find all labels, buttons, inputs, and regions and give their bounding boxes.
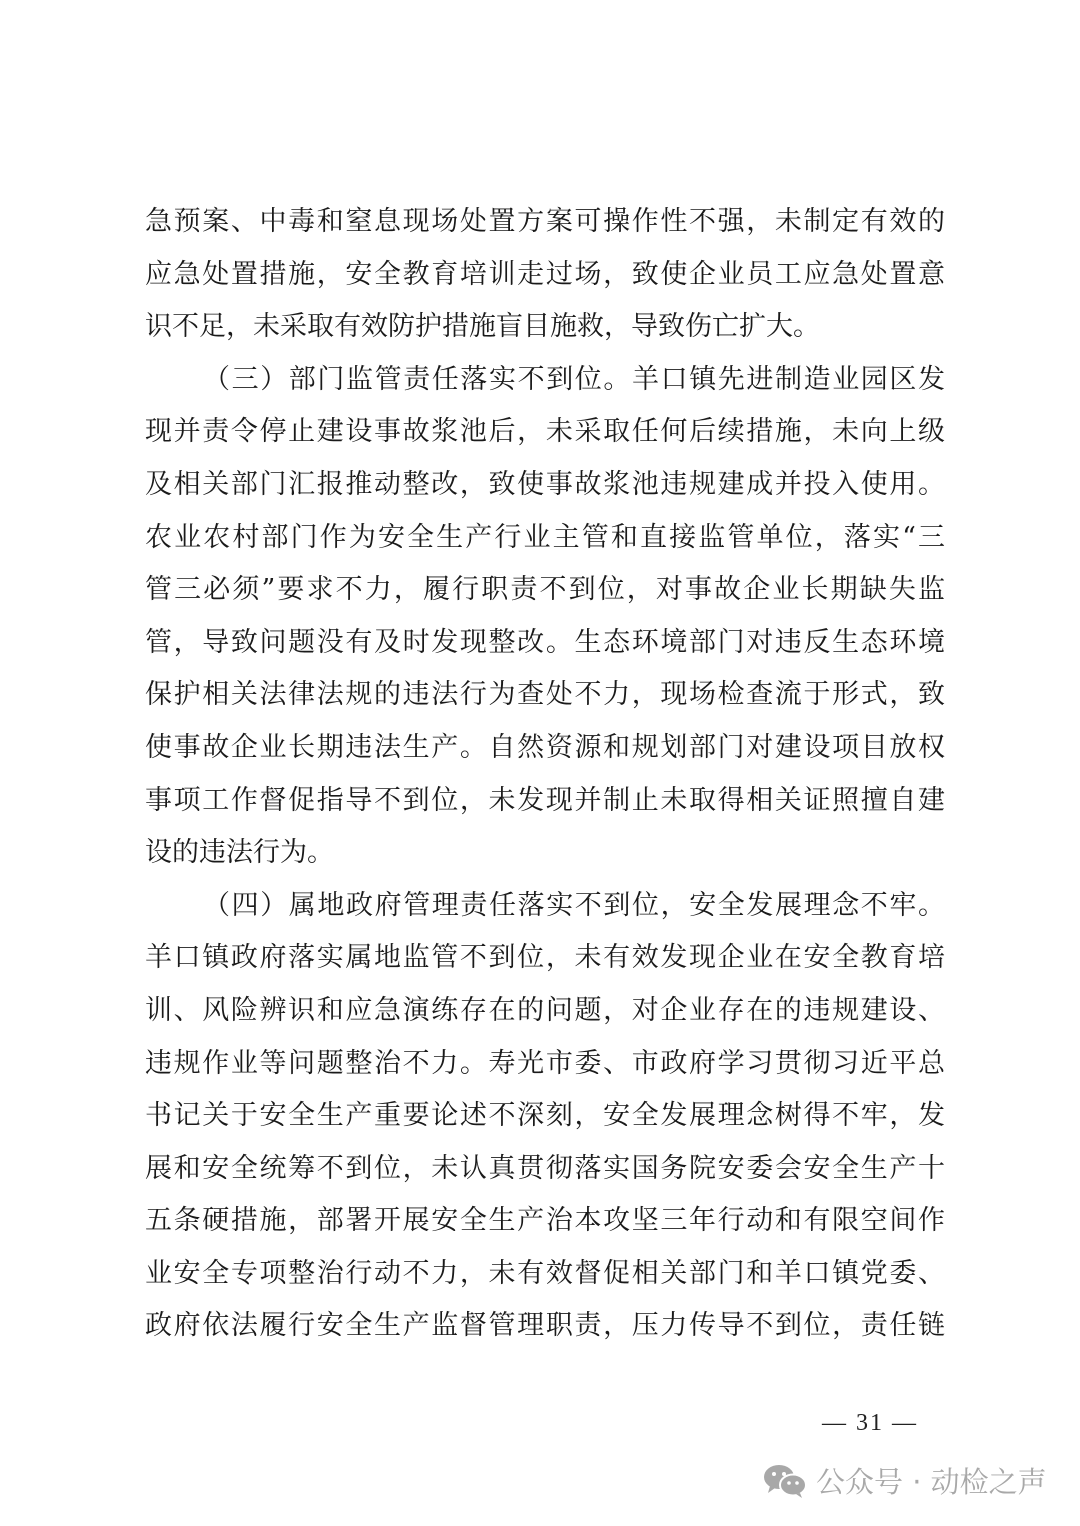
page-number: — 31 — [822,1410,918,1437]
text-line: 保护相关法律法规的违法行为查处不力，现场检查流于形式，致 [145,669,945,722]
text-line: 政府依法履行安全生产监督管理职责，压力传导不到位，责任链 [145,1300,945,1353]
text-line: 书记关于安全生产重要论述不深刻，安全发展理念树得不牢，发 [145,1090,945,1143]
text-line: 使事故企业长期违法生产。自然资源和规划部门对建设项目放权 [145,722,945,775]
text-line: 展和安全统筹不到位，未认真贯彻落实国务院安委会安全生产十 [145,1143,945,1196]
text-line: 现并责令停止建设事故浆池后，未采取任何后续措施，未向上级 [145,406,945,459]
text-line: 羊口镇政府落实属地监管不到位，未有效发现企业在安全教育培 [145,932,945,985]
section-heading-line: （三）部门监管责任落实不到位。羊口镇先进制造业园区发 [145,354,945,407]
text-line: 违规作业等问题整治不力。寿光市委、市政府学习贯彻习近平总 [145,1038,945,1091]
document-body: 急预案、中毒和窒息现场处置方案可操作性不强，未制定有效的 应急处置措施，安全教育… [145,196,945,1353]
text-line: 农业农村部门作为安全生产行业主管和直接监管单位，落实“三 [145,512,945,565]
text-line: 五条硬措施，部署开展安全生产治本攻坚三年行动和有限空间作 [145,1195,945,1248]
text-line: 识不足，未采取有效防护措施盲目施救，导致伤亡扩大。 [145,301,945,354]
wechat-icon [762,1463,808,1499]
text-line: 急预案、中毒和窒息现场处置方案可操作性不强，未制定有效的 [145,196,945,249]
text-line: 应急处置措施，安全教育培训走过场，致使企业员工应急处置意 [145,249,945,302]
text-line: 设的违法行为。 [145,827,945,880]
text-line: 训、风险辨识和应急演练存在的问题，对企业存在的违规建设、 [145,985,945,1038]
text-line: 及相关部门汇报推动整改，致使事故浆池违规建成并投入使用。 [145,459,945,512]
text-line: 事项工作督促指导不到位，未发现并制止未取得相关证照擅自建 [145,775,945,828]
text-line: 业安全专项整治行动不力，未有效督促相关部门和羊口镇党委、 [145,1248,945,1301]
text-line: 管三必须”要求不力，履行职责不到位，对事故企业长期缺失监 [145,564,945,617]
watermark: 公众号 · 动检之声 [762,1460,1047,1501]
text-line: 管，导致问题没有及时发现整改。生态环境部门对违反生态环境 [145,617,945,670]
watermark-text: 公众号 · 动检之声 [816,1460,1047,1501]
section-heading-line: （四）属地政府管理责任落实不到位，安全发展理念不牢。 [145,880,945,933]
